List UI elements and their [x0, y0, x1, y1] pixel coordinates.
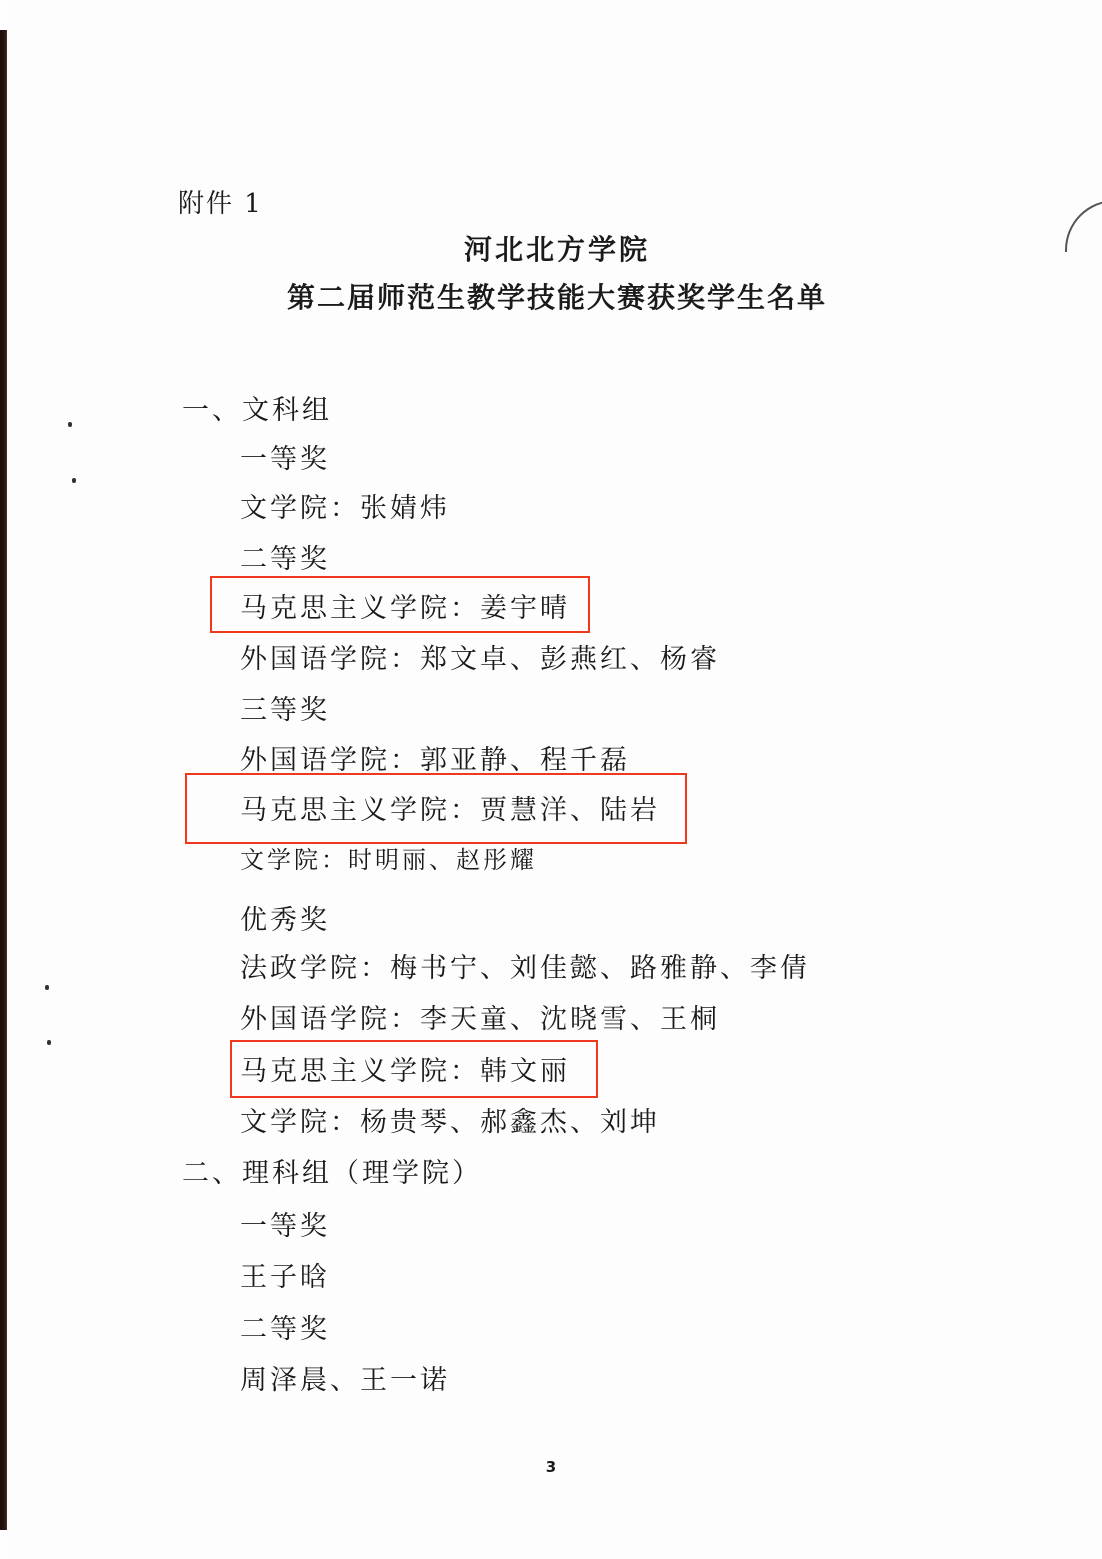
award-level: 优秀奖	[240, 898, 330, 937]
award-entry: 周泽晨、王一诺	[240, 1358, 450, 1397]
award-level: 一等奖	[240, 1204, 330, 1243]
award-level: 三等奖	[240, 688, 330, 727]
award-entry: 文学院：时明丽、赵彤耀	[240, 840, 537, 875]
award-entry-highlighted: 马克思主义学院：韩文丽	[240, 1049, 570, 1088]
document-title: 河北北方学院	[0, 228, 1102, 268]
attachment-label: 附件 1	[178, 183, 263, 220]
speck	[47, 1040, 51, 1045]
award-level: 一等奖	[240, 437, 330, 476]
award-entry: 文学院：杨贵琴、郝鑫杰、刘坤	[240, 1100, 660, 1139]
page-number: 3	[0, 1458, 1102, 1476]
award-entry: 外国语学院：郭亚静、程千磊	[240, 738, 630, 777]
award-level: 二等奖	[240, 1307, 330, 1346]
award-entry: 外国语学院：郑文卓、彭燕红、杨睿	[240, 637, 720, 676]
award-entry: 文学院：张婧炜	[240, 486, 450, 525]
document-subtitle: 第二届师范生教学技能大赛获奖学生名单	[0, 276, 1102, 316]
award-entry: 外国语学院：李天童、沈晓雪、王桐	[240, 997, 720, 1036]
award-entry: 法政学院：梅书宁、刘佳懿、路雅静、李倩	[240, 946, 810, 985]
award-entry-highlighted: 马克思主义学院：贾慧洋、陆岩	[240, 788, 660, 827]
award-level: 二等奖	[240, 537, 330, 576]
speck	[68, 422, 72, 427]
award-entry: 王子晗	[240, 1255, 330, 1294]
section-heading: 二、理科组（理学院）	[182, 1151, 482, 1190]
speck	[45, 985, 49, 990]
award-entry-highlighted: 马克思主义学院：姜宇晴	[240, 586, 570, 625]
section-heading: 一、文科组	[182, 388, 332, 427]
speck	[72, 478, 76, 483]
